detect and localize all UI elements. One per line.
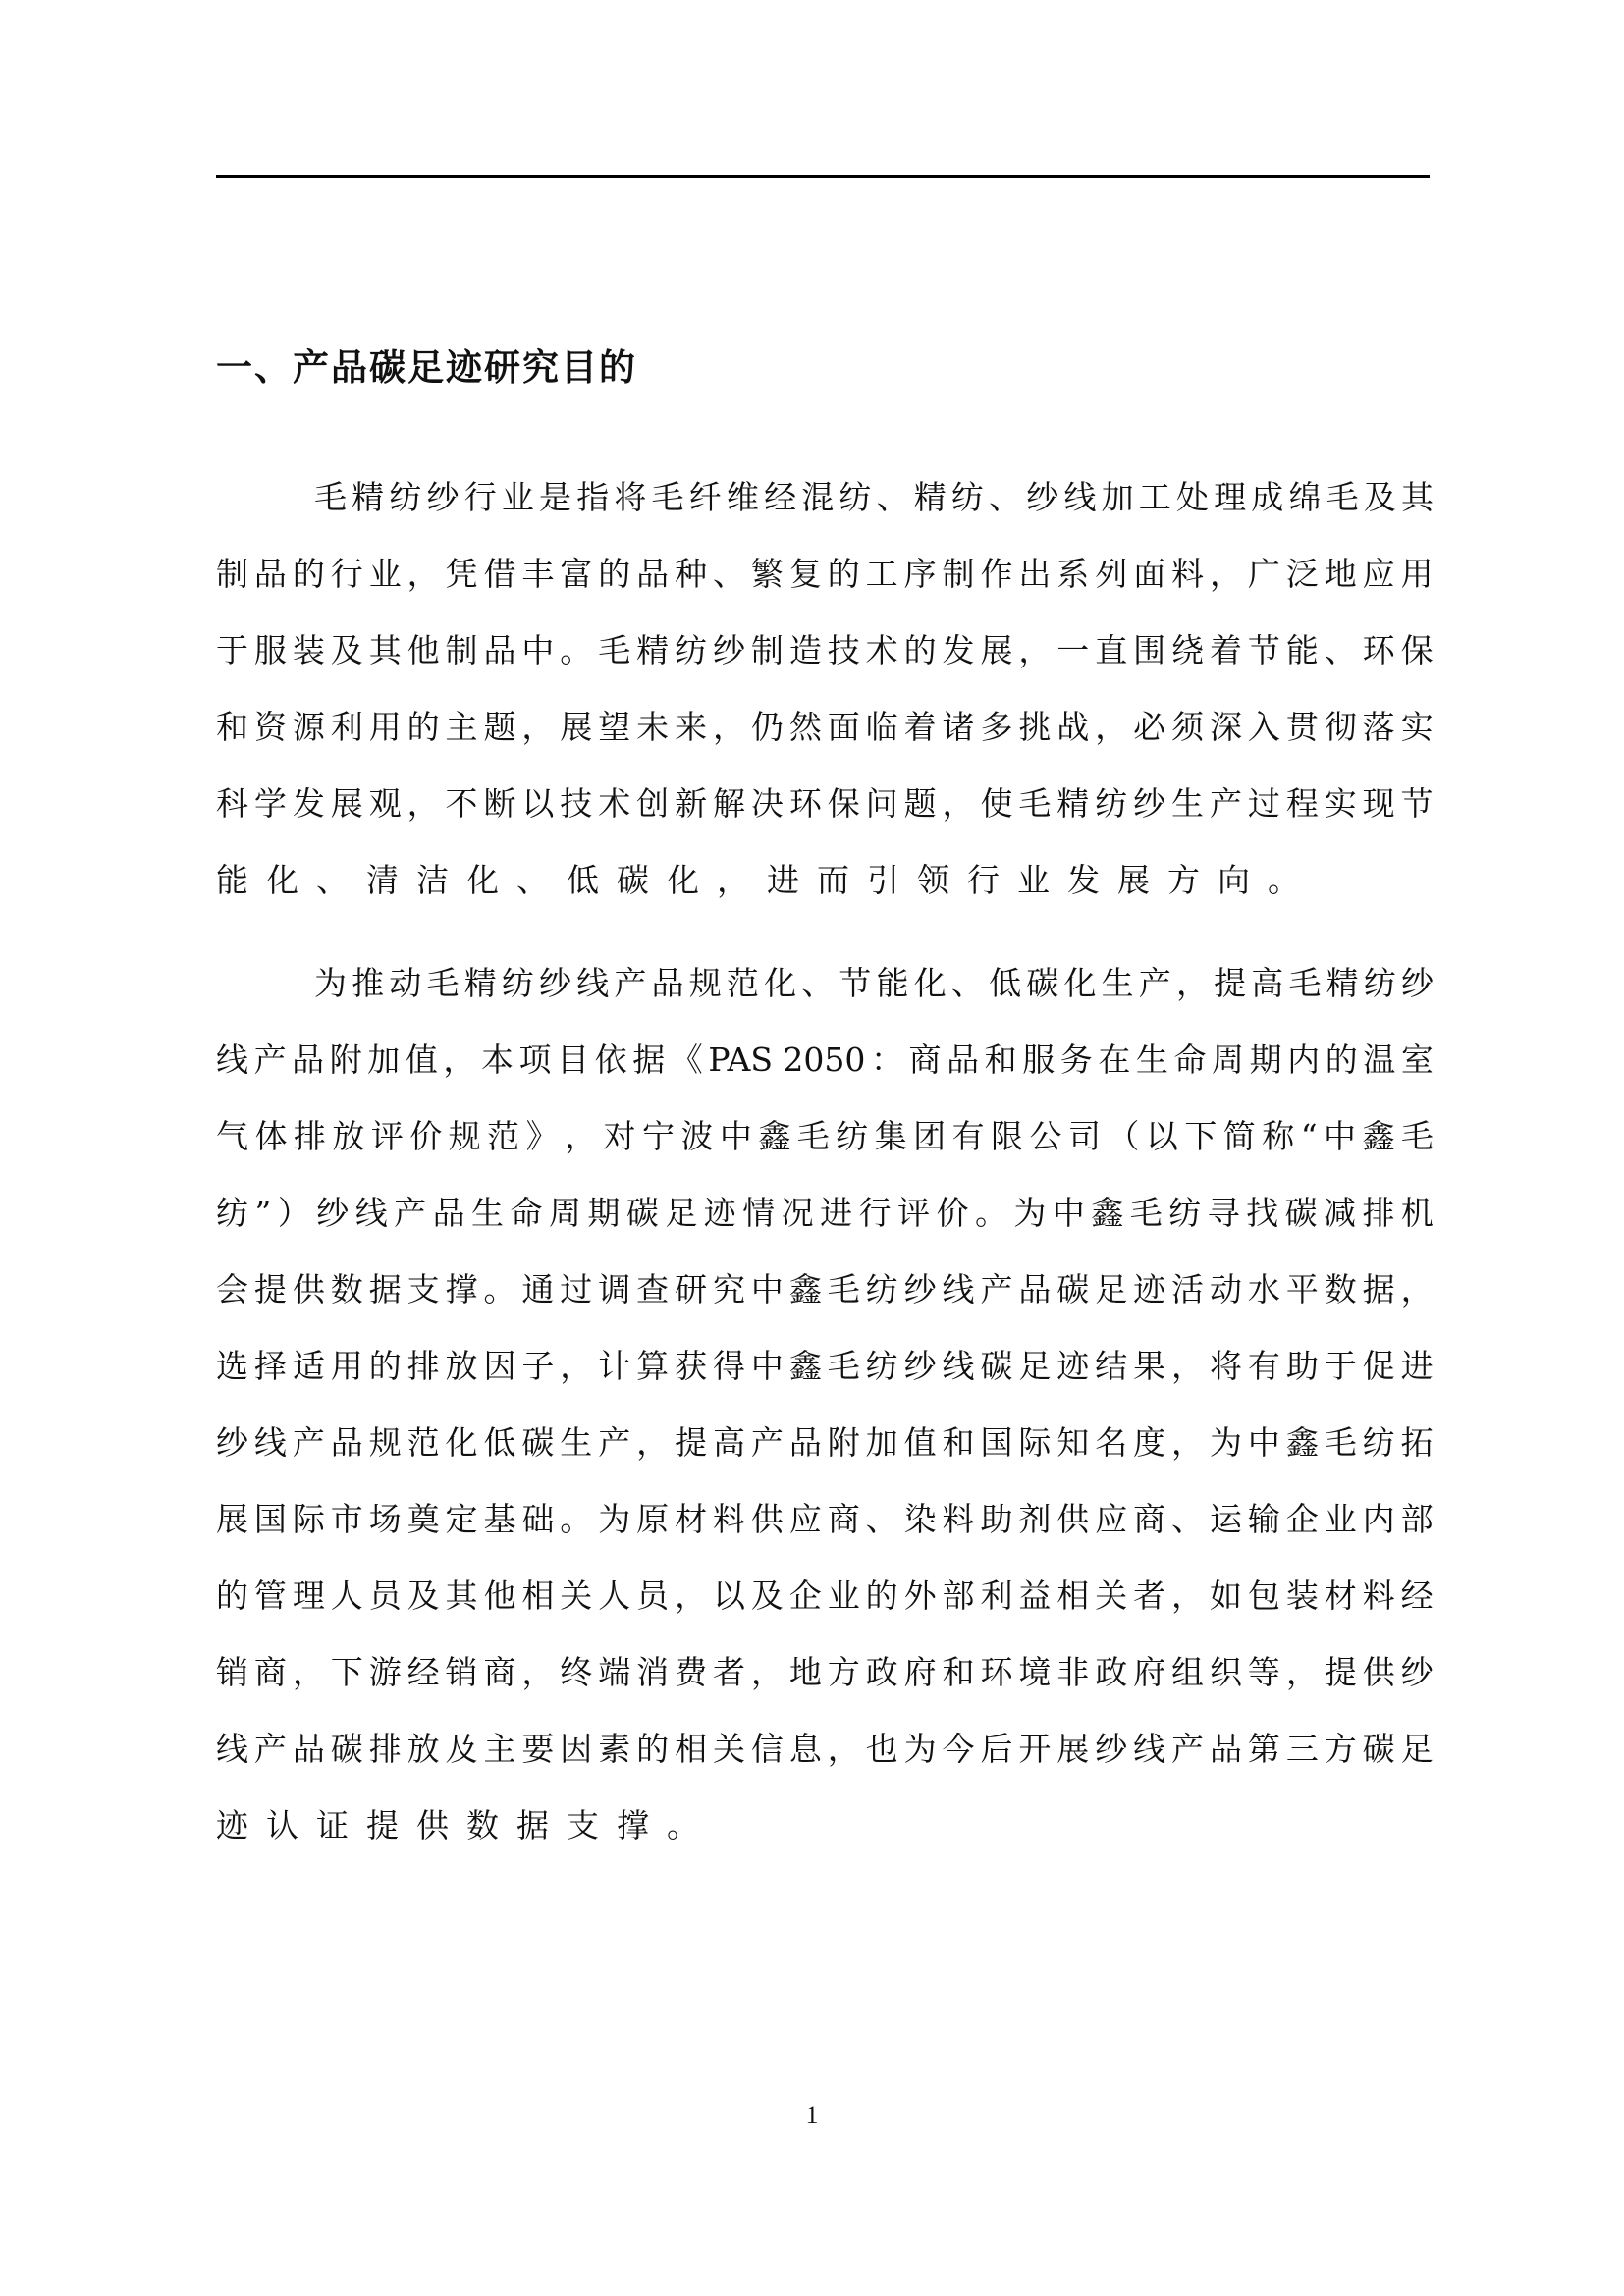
header-rule <box>216 175 1430 178</box>
text-line: 于服装及其他制品中。毛精纺纱制造技术的发展，一直围绕着节能、环保 <box>216 613 1434 689</box>
text-line: 纺”）纱线产品生命周期碳足迹情况进行评价。为中鑫毛纺寻找碳减排机 <box>216 1175 1434 1252</box>
text-line: 科学发展观，不断以技术创新解决环保问题，使毛精纺纱生产过程实现节 <box>216 766 1434 842</box>
text-line: 纱线产品规范化低碳生产，提高产品附加值和国际知名度，为中鑫毛纺拓 <box>216 1405 1434 1481</box>
text-line: 气体排放评价规范》，对宁波中鑫毛纺集团有限公司（以下简称“中鑫毛 <box>216 1098 1434 1175</box>
text-line: 销商，下游经销商，终端消费者，地方政府和环境非政府组织等，提供纱 <box>216 1634 1434 1711</box>
text-line: 会提供数据支撑。通过调查研究中鑫毛纺纱线产品碳足迹活动水平数据， <box>216 1252 1434 1328</box>
text-line: 线产品附加值，本项目依据《PAS 2050：商品和服务在生命周期内的温室 <box>216 1022 1434 1098</box>
text-line: 迹认证提供数据支撑。 <box>216 1788 1434 1864</box>
section-heading: 一、产品碳足迹研究目的 <box>216 344 637 393</box>
text-line: 展国际市场奠定基础。为原材料供应商、染料助剂供应商、运输企业内部 <box>216 1481 1434 1558</box>
text-line: 毛精纺纱行业是指将毛纤维经混纺、精纺、纱线加工处理成绵毛及其 <box>216 459 1434 536</box>
page-number: 1 <box>0 2101 1624 2130</box>
text-line: 制品的行业，凭借丰富的品种、繁复的工序制作出系列面料，广泛地应用 <box>216 536 1434 613</box>
paragraph-2: 为推动毛精纺纱线产品规范化、节能化、低碳化生产，提高毛精纺纱线产品附加值，本项目… <box>216 945 1434 1864</box>
text-line: 的管理人员及其他相关人员，以及企业的外部利益相关者，如包装材料经 <box>216 1558 1434 1634</box>
paragraph-1: 毛精纺纱行业是指将毛纤维经混纺、精纺、纱线加工处理成绵毛及其制品的行业，凭借丰富… <box>216 459 1434 919</box>
text-line: 选择适用的排放因子，计算获得中鑫毛纺纱线碳足迹结果，将有助于促进 <box>216 1328 1434 1405</box>
text-line: 线产品碳排放及主要因素的相关信息，也为今后开展纱线产品第三方碳足 <box>216 1711 1434 1788</box>
text-line: 和资源利用的主题，展望未来，仍然面临着诸多挑战，必须深入贯彻落实 <box>216 689 1434 766</box>
text-line: 能化、清洁化、低碳化，进而引领行业发展方向。 <box>216 842 1434 919</box>
text-line: 为推动毛精纺纱线产品规范化、节能化、低碳化生产，提高毛精纺纱 <box>216 945 1434 1022</box>
